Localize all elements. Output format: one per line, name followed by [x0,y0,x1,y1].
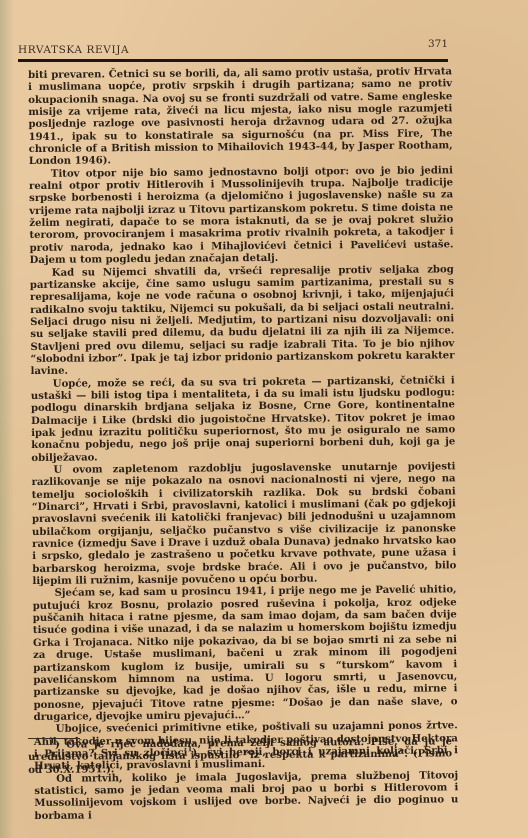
footnote-text: 1) Ova je riječ nadodana, prema želji sa… [28,736,452,777]
journal-page: HRVATSKA REVIJA 371 biti prevaren. Četni… [0,0,528,838]
paragraph-5: U ovom zapletenom razdoblju jugoslavensk… [31,461,456,588]
running-head: HRVATSKA REVIJA 371 [18,44,448,58]
paragraph-6: Sjećam se, kad sam u prosincu 1941, i pr… [33,585,458,724]
paragraph-8: Od mrtvih, koliko je imala Jugoslavija, … [34,770,458,823]
paragraph-1: biti prevaren. Četnici su se borili, da,… [28,66,453,168]
journal-title: HRVATSKA REVIJA [18,44,129,56]
footnote-body: ) Ova je riječ nadodana, prema želji sam… [28,736,452,775]
footnote: 1) Ova je riječ nadodana, prema želji sa… [28,736,452,777]
article-body: biti prevaren. Četnici su se borili, da,… [28,66,459,823]
paragraph-3: Kad su Nijemci shvatili da, vršeći repre… [30,264,455,379]
page-number: 371 [428,38,448,50]
paragraph-2: Titov otpor nije bio samo jednostavno bo… [29,165,454,267]
header-rule [18,59,448,62]
paragraph-4: Uopće, može se reći, da su sva tri pokre… [31,375,456,465]
